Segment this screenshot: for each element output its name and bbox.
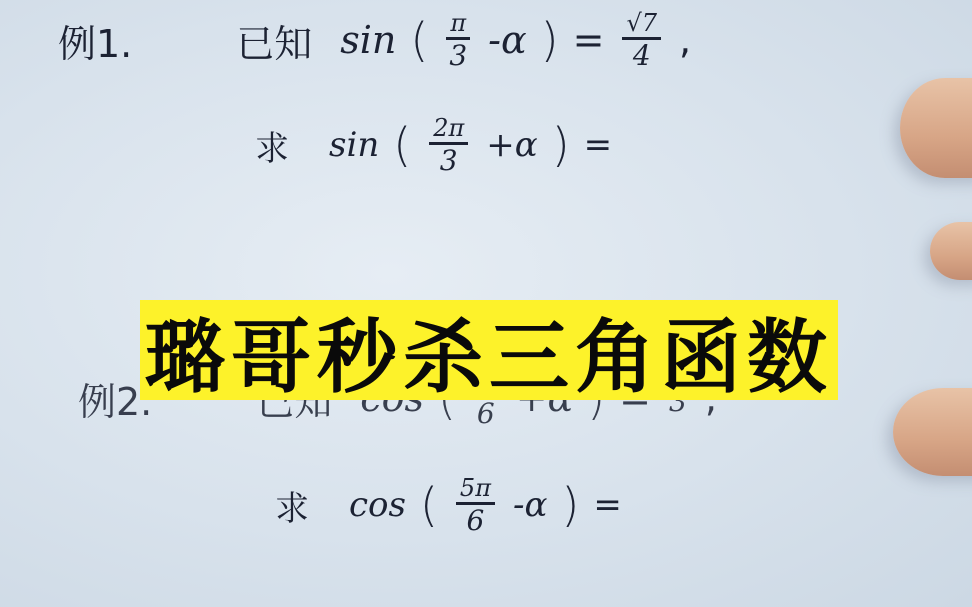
fraction-denominator: 4 [633, 40, 651, 70]
fraction-denominator: 3 [440, 145, 458, 175]
example1-given-arg-fraction: π 3 [446, 11, 470, 70]
example1-ask-prefix: 求 [255, 121, 289, 170]
equals-sign: = [573, 18, 605, 62]
close-paren: ) [541, 13, 559, 67]
example1-given-func: sin [340, 18, 396, 62]
open-paren: ( [393, 118, 411, 172]
example1-given-arg-rest: -α [488, 18, 527, 62]
example1-ask-func: sin [329, 125, 379, 165]
fraction-denominator: 6 [467, 505, 485, 535]
close-paren: ) [561, 478, 579, 532]
example2-ask-arg-rest: -α [513, 485, 547, 525]
fraction-numerator: 5π [456, 476, 495, 505]
banner-title: 璐哥秒杀三角函数 [145, 293, 833, 408]
example1-given-prefix: 已知 [236, 13, 312, 68]
close-paren: ) [552, 118, 570, 172]
title-banner: 璐哥秒杀三角函数 [140, 300, 838, 400]
open-paren: ( [410, 13, 428, 67]
trailing-comma: , [679, 18, 691, 62]
finger-bottom [893, 388, 972, 476]
example1-ask-arg-fraction: 2π 3 [429, 116, 468, 175]
example2-ask-arg-fraction: 5π 6 [456, 476, 495, 535]
example1-given-line: 例1. 已知 sin ( π 3 -α ) = √7 4 , [58, 0, 691, 80]
fraction-numerator: √7 [622, 11, 661, 40]
finger-middle [930, 222, 972, 280]
finger-top [900, 78, 972, 178]
example2-ask-prefix: 求 [275, 481, 309, 530]
fraction-numerator: π [446, 11, 470, 40]
open-paren: ( [420, 478, 438, 532]
equals-sign: = [593, 485, 622, 525]
example1-given-value-fraction: √7 4 [622, 11, 661, 70]
fraction-numerator: 2π [429, 116, 468, 145]
example1-ask-line: 求 sin ( 2π 3 +α ) = [255, 105, 612, 185]
equals-sign: = [584, 125, 613, 165]
fraction-denominator: 3 [449, 40, 467, 70]
example1-label: 例1. [58, 13, 132, 68]
example2-ask-func: cos [349, 485, 406, 525]
example2-ask-line: 求 cos ( 5π 6 -α ) = [275, 465, 622, 545]
example1-ask-arg-rest: +α [486, 125, 537, 165]
